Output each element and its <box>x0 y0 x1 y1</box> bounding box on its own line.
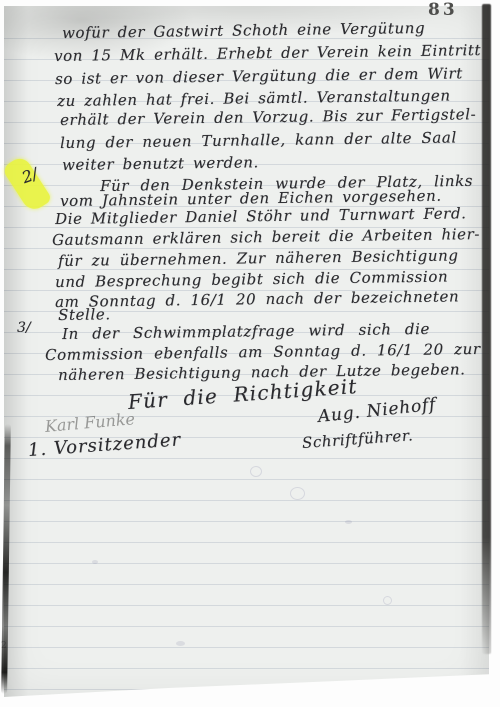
ink-bleed-spot <box>176 641 185 646</box>
page-number: 83 <box>428 0 458 20</box>
page-right-edge-shadow <box>482 4 491 654</box>
ink-bleed-spot <box>92 560 98 564</box>
ink-bleed-spot <box>345 520 352 524</box>
manuscript-line: weiter benutzt werden. <box>62 153 259 174</box>
manuscript-line: Stelle. <box>58 305 111 324</box>
ink-bleed-spot <box>383 596 392 605</box>
item-3-marker: 3/ <box>17 320 31 336</box>
scanned-document: 83 wofür der Gastwirt Schoth eine Vergüt… <box>0 0 500 707</box>
ink-bleed-spot <box>250 466 262 477</box>
ink-bleed-spot <box>290 487 305 500</box>
